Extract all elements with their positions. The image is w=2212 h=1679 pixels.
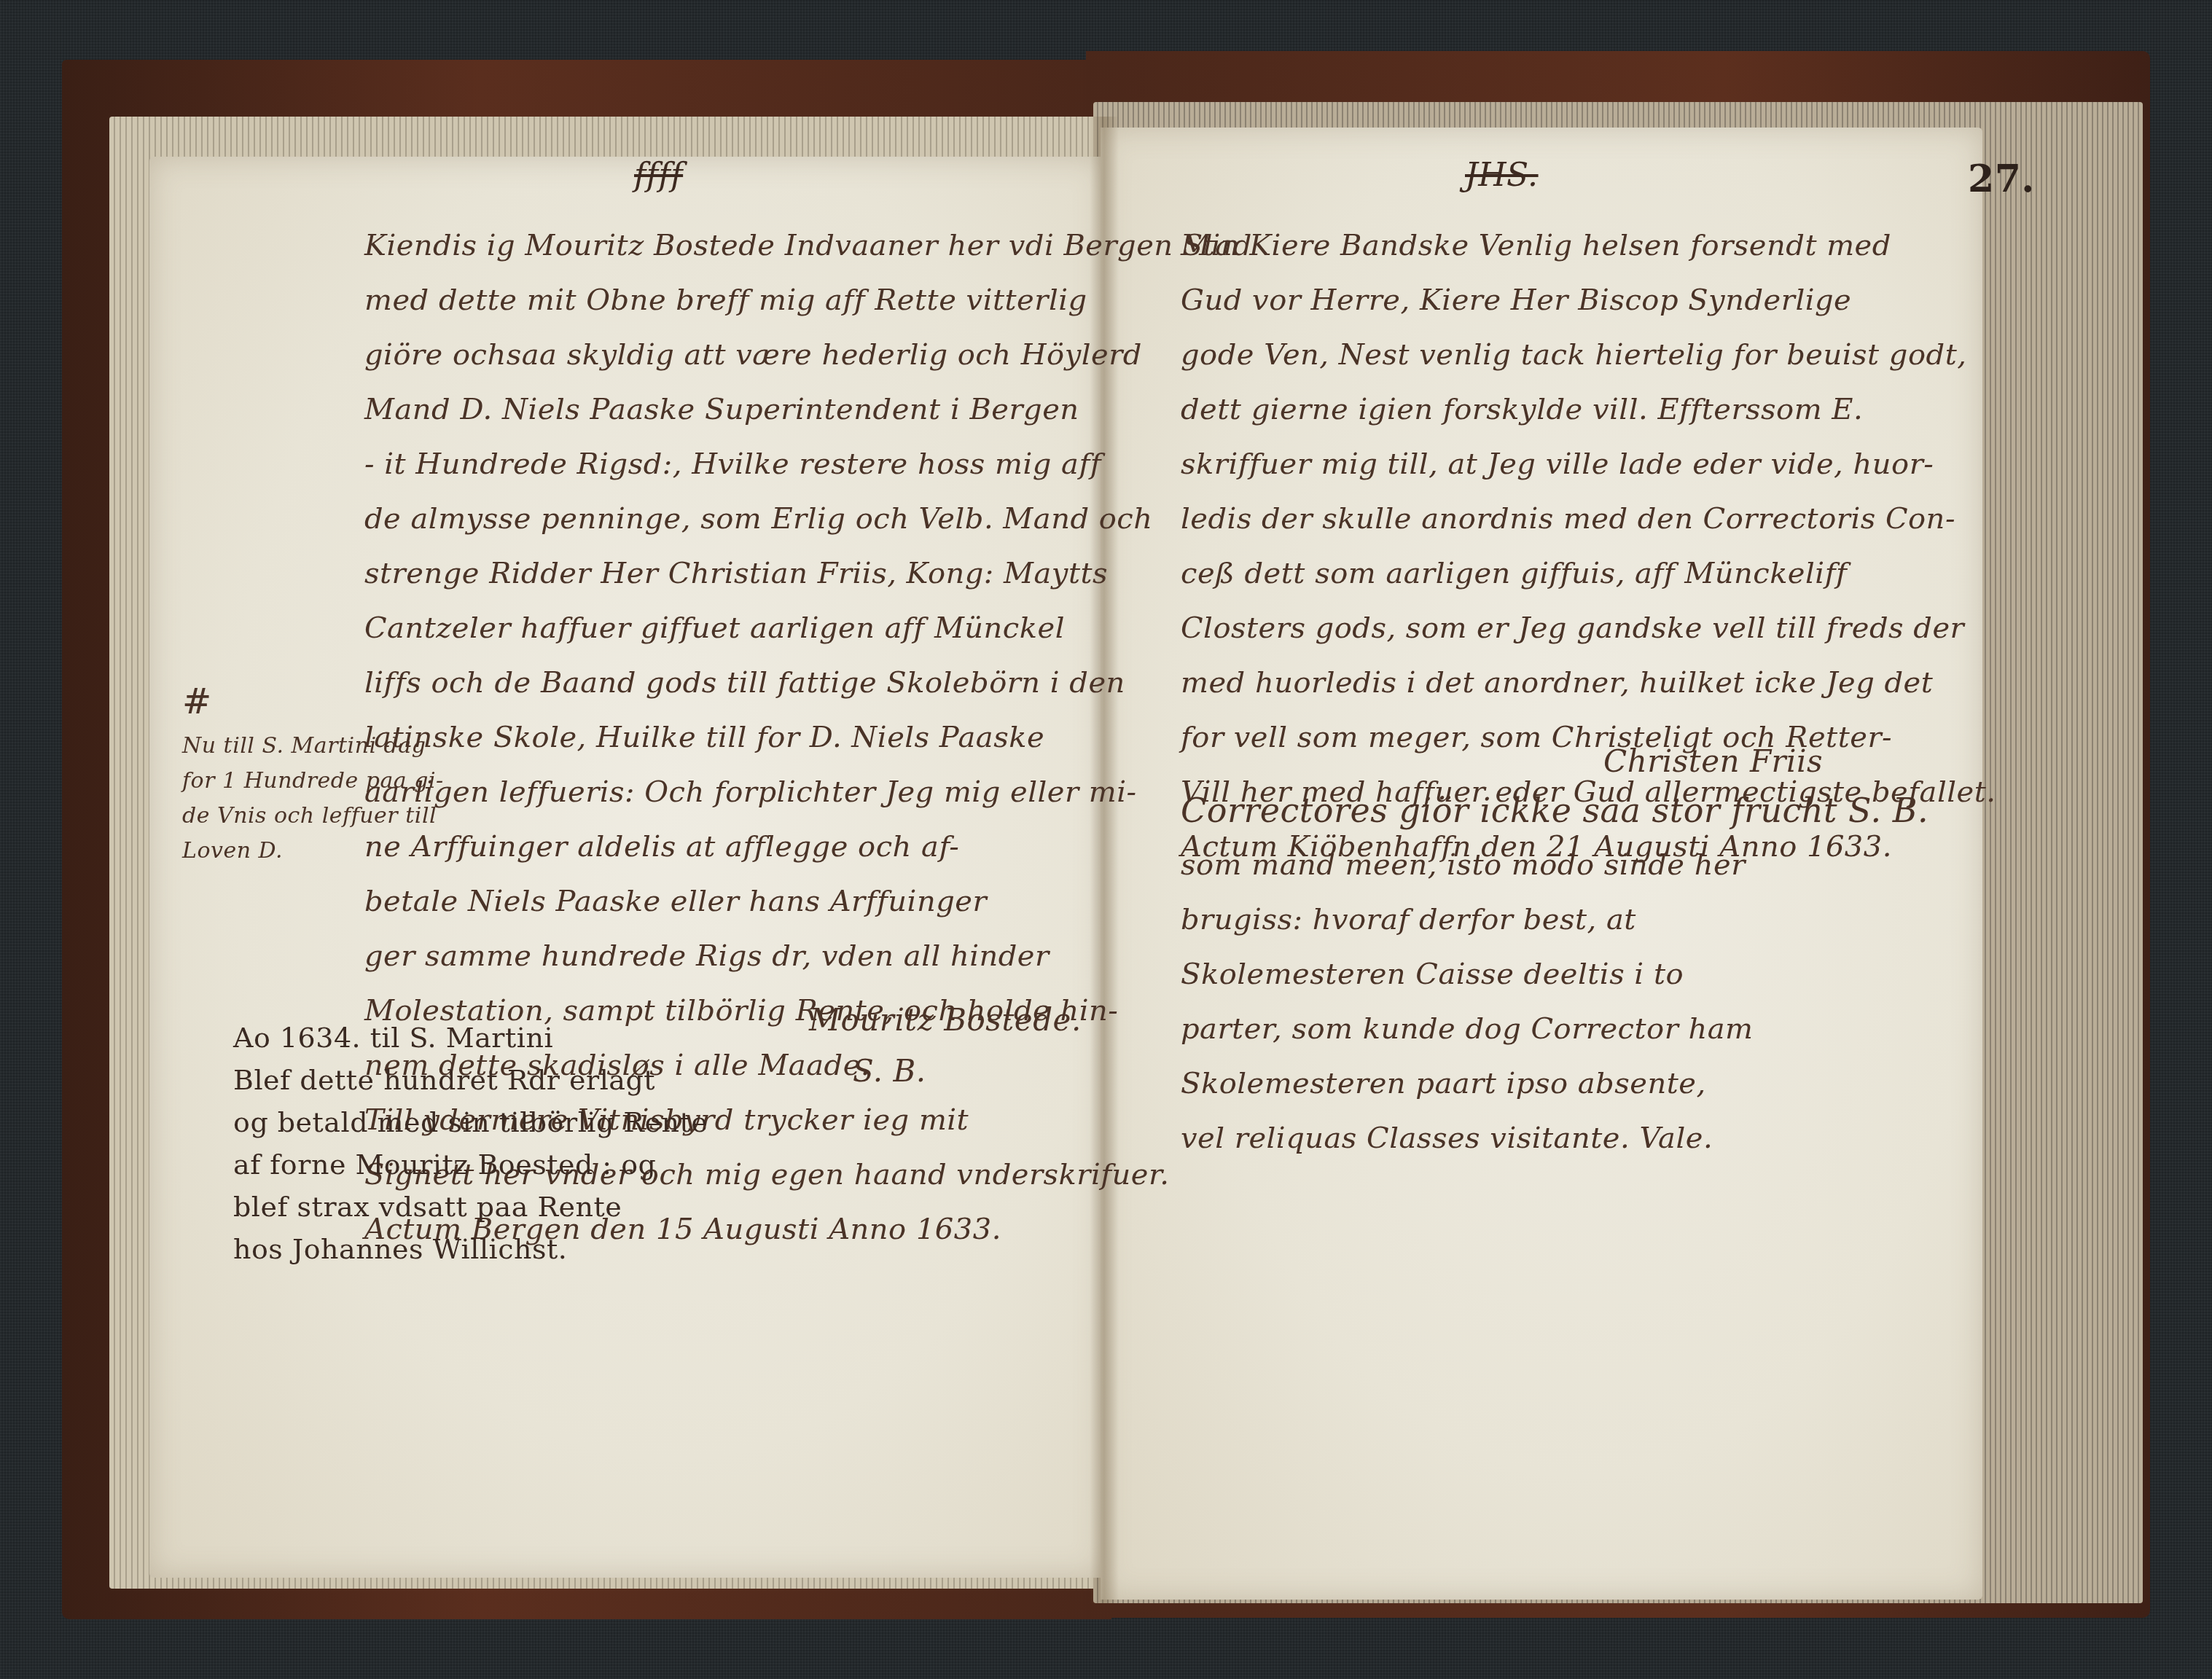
left-margin-note: Nu till S. Martini dag for 1 Hundrede pa… (182, 729, 444, 869)
text-line: strenge Ridder Her Christian Friis, Kong… (364, 547, 1252, 601)
postscript-line: Skolemesteren paart ipso absente, (1181, 1057, 1928, 1111)
margin-line: Nu till S. Martini dag (182, 729, 444, 764)
text-line: Closters gods, som er Jeg gandske vell t… (1181, 601, 1996, 656)
text-line: Cantzeler haffuer giffuet aarligen aff M… (364, 601, 1252, 656)
text-line: Kiendis ig Mouritz Bostede Indvaaner her… (364, 219, 1252, 273)
postscript-line: brugiss: hvoraf derfor best, at (1181, 893, 1928, 947)
text-line: Min Kiere Bandske Venlig helsen forsendt… (1181, 219, 1996, 273)
postscript-line: parter, som kunde dog Corrector ham (1181, 1002, 1928, 1057)
text-line: giöre ochsaa skyldig att være hederlig o… (364, 328, 1252, 383)
text-line: dett gierne igien forskylde vill. Effter… (1181, 383, 1996, 437)
left-signature-initials: S. B. (853, 1053, 926, 1089)
right-main-text: Min Kiere Bandske Venlig helsen forsendt… (1181, 219, 1996, 874)
text-line: gode Ven, Nest venlig tack hiertelig for… (1181, 328, 1996, 383)
postscript-line: som mand meen, isto modo sinde her (1181, 838, 1928, 893)
text-line: for vell som meger, som Christeligt och … (1181, 711, 1996, 765)
later-note-line: Blef dette hundret Rdr erlagt (233, 1059, 708, 1101)
text-line: betale Niels Paaske eller hans Arffuinge… (364, 874, 1252, 929)
text-line: aarligen leffueris: Och forplichter Jeg … (364, 765, 1252, 820)
margin-line: for 1 Hundrede paa gi- (182, 764, 444, 799)
text-line: - it Hundrede Rigsd:, Hvilke restere hos… (364, 437, 1252, 492)
left-folio-mark: ffff (634, 157, 683, 194)
right-postscript: Correctores giör ickke saa stor frucht S… (1181, 783, 1928, 1166)
text-line: de almysse penninge, som Erlig och Velb.… (364, 492, 1252, 547)
postscript-line: Skolemesteren Caisse deeltis i to (1181, 947, 1928, 1002)
text-line: liffs och de Baand gods till fattige Sko… (364, 656, 1252, 711)
left-signature-name: Mouritz Bostede. (809, 1002, 1082, 1038)
later-note-line: Ao 1634. til S. Martini (233, 1017, 708, 1059)
right-folio-mark: JHS. (1465, 157, 1539, 194)
margin-line: de Vnis och leffuer till (182, 799, 444, 834)
page-number: 27. (1968, 157, 2035, 201)
text-line: ledis der skulle anordnis med den Correc… (1181, 492, 1996, 547)
text-line: latinske Skole, Huilke till for D. Niels… (364, 711, 1252, 765)
text-line: ne Arffuinger aldelis at afflegge och af… (364, 820, 1252, 874)
margin-hash-mark: # (182, 681, 212, 722)
later-note-line: hos Johannes Willichst. (233, 1228, 708, 1270)
left-later-note: Ao 1634. til S. Martini Blef dette hundr… (233, 1017, 708, 1270)
text-line: Mand D. Niels Paaske Superintendent i Be… (364, 383, 1252, 437)
text-line: skriffuer mig till, at Jeg ville lade ed… (1181, 437, 1996, 492)
right-signature: Christen Friis (1603, 743, 1823, 779)
text-line: ger samme hundrede Rigs dr, vden all hin… (364, 929, 1252, 984)
later-note-line: af forne Mouritz Boested : og (233, 1143, 708, 1186)
postscript-line: Correctores giör ickke saa stor frucht S… (1181, 783, 1928, 838)
text-line: med dette mit Obne breff mig aff Rette v… (364, 273, 1252, 328)
postscript-line: vel reliquas Classes visitante. Vale. (1181, 1111, 1928, 1166)
later-note-line: blef strax vdsatt paa Rente (233, 1186, 708, 1228)
text-line: Gud vor Herre, Kiere Her Biscop Synderli… (1181, 273, 1996, 328)
margin-line: Loven D. (182, 834, 444, 869)
text-line: med huorledis i det anordner, huilket ic… (1181, 656, 1996, 711)
later-note-line: og betald med sin tilbörlig Rente (233, 1101, 708, 1143)
text-line: ceß dett som aarligen giffuis, aff Münck… (1181, 547, 1996, 601)
